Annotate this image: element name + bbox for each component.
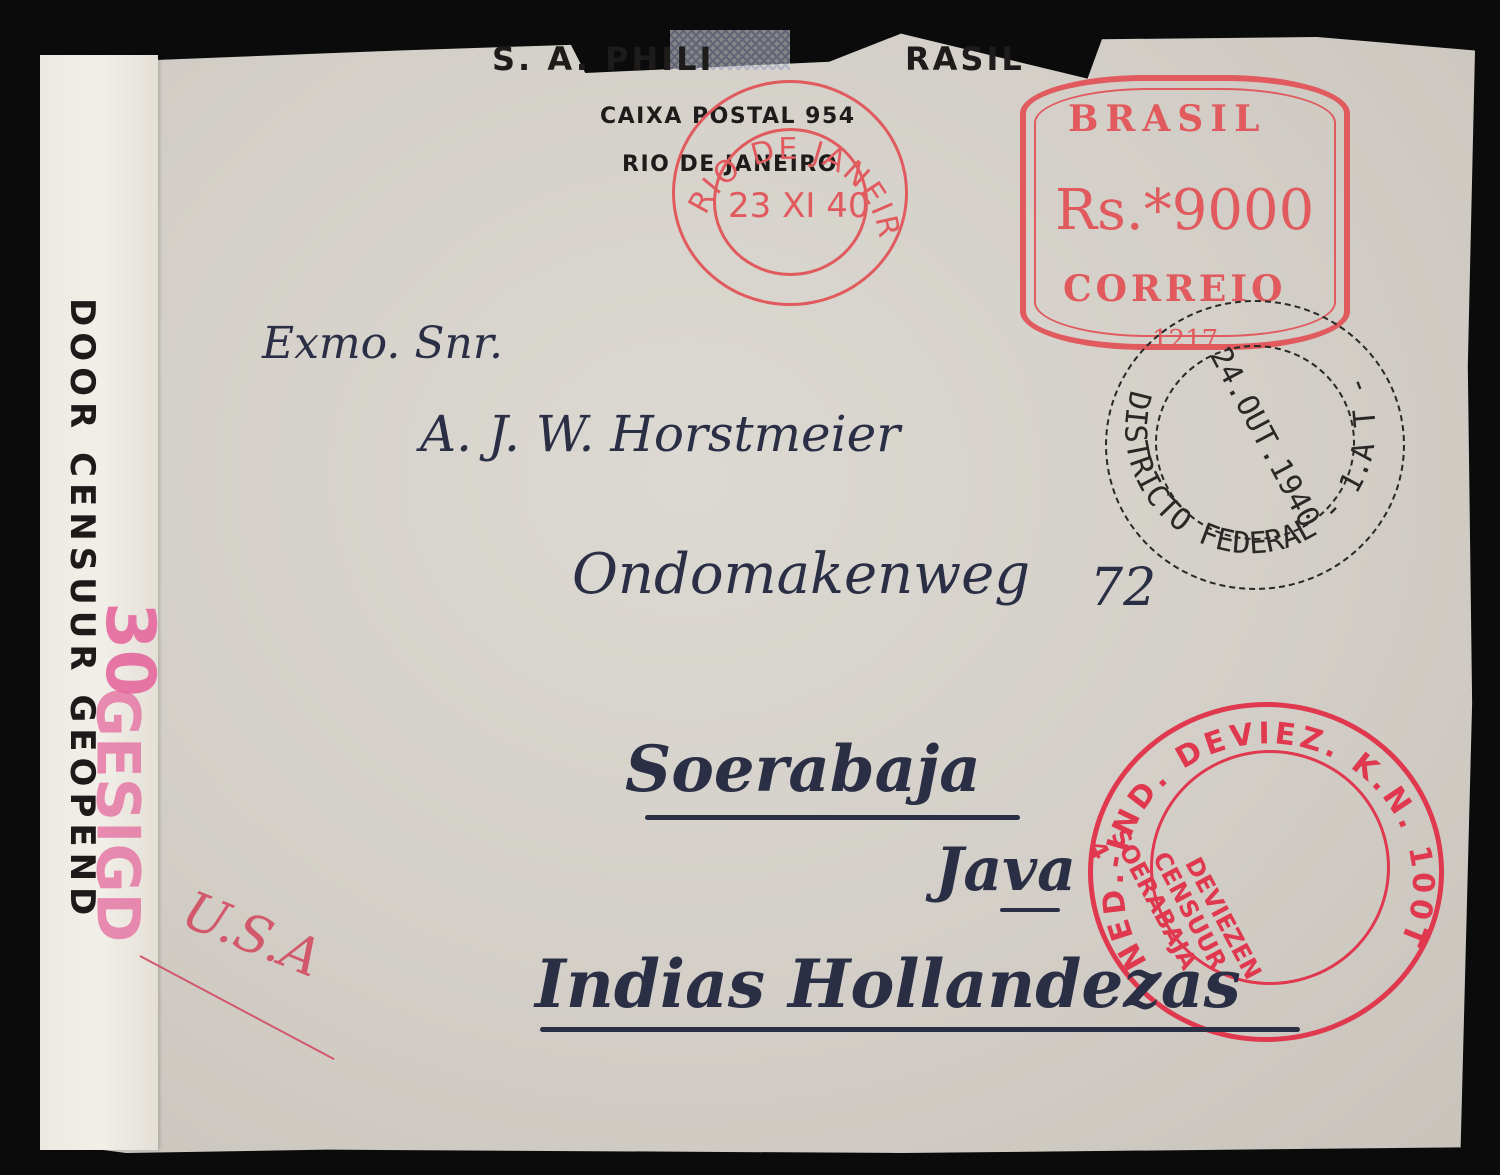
address-island-underline (1000, 908, 1060, 912)
address-island: Java (935, 835, 1076, 905)
pink-numeral: 30 (90, 602, 169, 697)
postmark-rio-date: 23 XI 40 (728, 186, 869, 226)
address-country: Indias Hollandezas (535, 945, 1241, 1023)
meter-stamp-top: BRASIL (1068, 98, 1266, 140)
address-street: Ondomakenweg (572, 542, 1030, 607)
letterhead-company-right: RASIL (905, 40, 1025, 78)
address-salutation: Exmo. Snr. (262, 318, 503, 369)
address-city: Soerabaja (625, 732, 981, 807)
address-name: A. J. W. Horstmeier (420, 405, 900, 463)
address-city-underline (645, 815, 1020, 820)
address-number: 72 (1090, 558, 1156, 618)
address-country-underline (540, 1027, 1300, 1032)
meter-stamp-value: Rs.*9000 (1055, 178, 1314, 243)
pink-scrawl: GESIGD (82, 688, 152, 943)
letterhead-company-left: S. A. PHILI (492, 40, 714, 78)
